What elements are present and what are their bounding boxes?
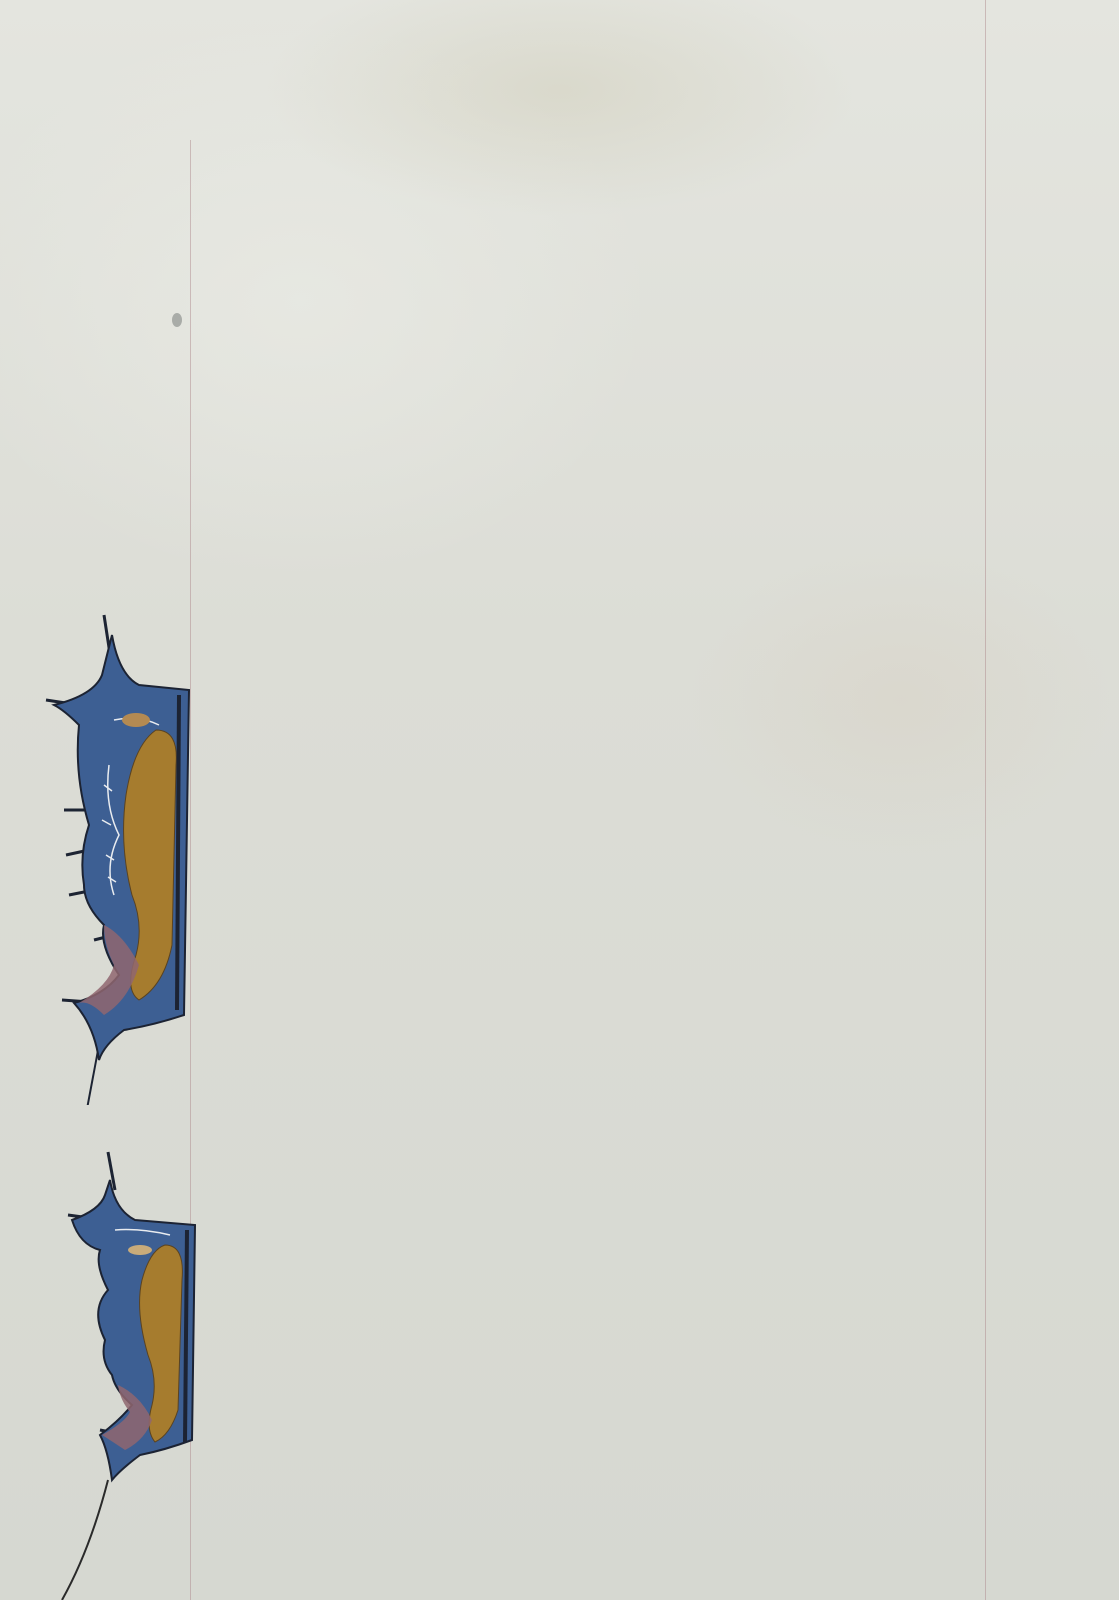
illuminated-initial-i-2 <box>60 1150 200 1600</box>
ruling-right <box>985 0 986 1600</box>
illuminated-initial-i-1 <box>44 605 194 1105</box>
ink-blot <box>172 313 182 327</box>
